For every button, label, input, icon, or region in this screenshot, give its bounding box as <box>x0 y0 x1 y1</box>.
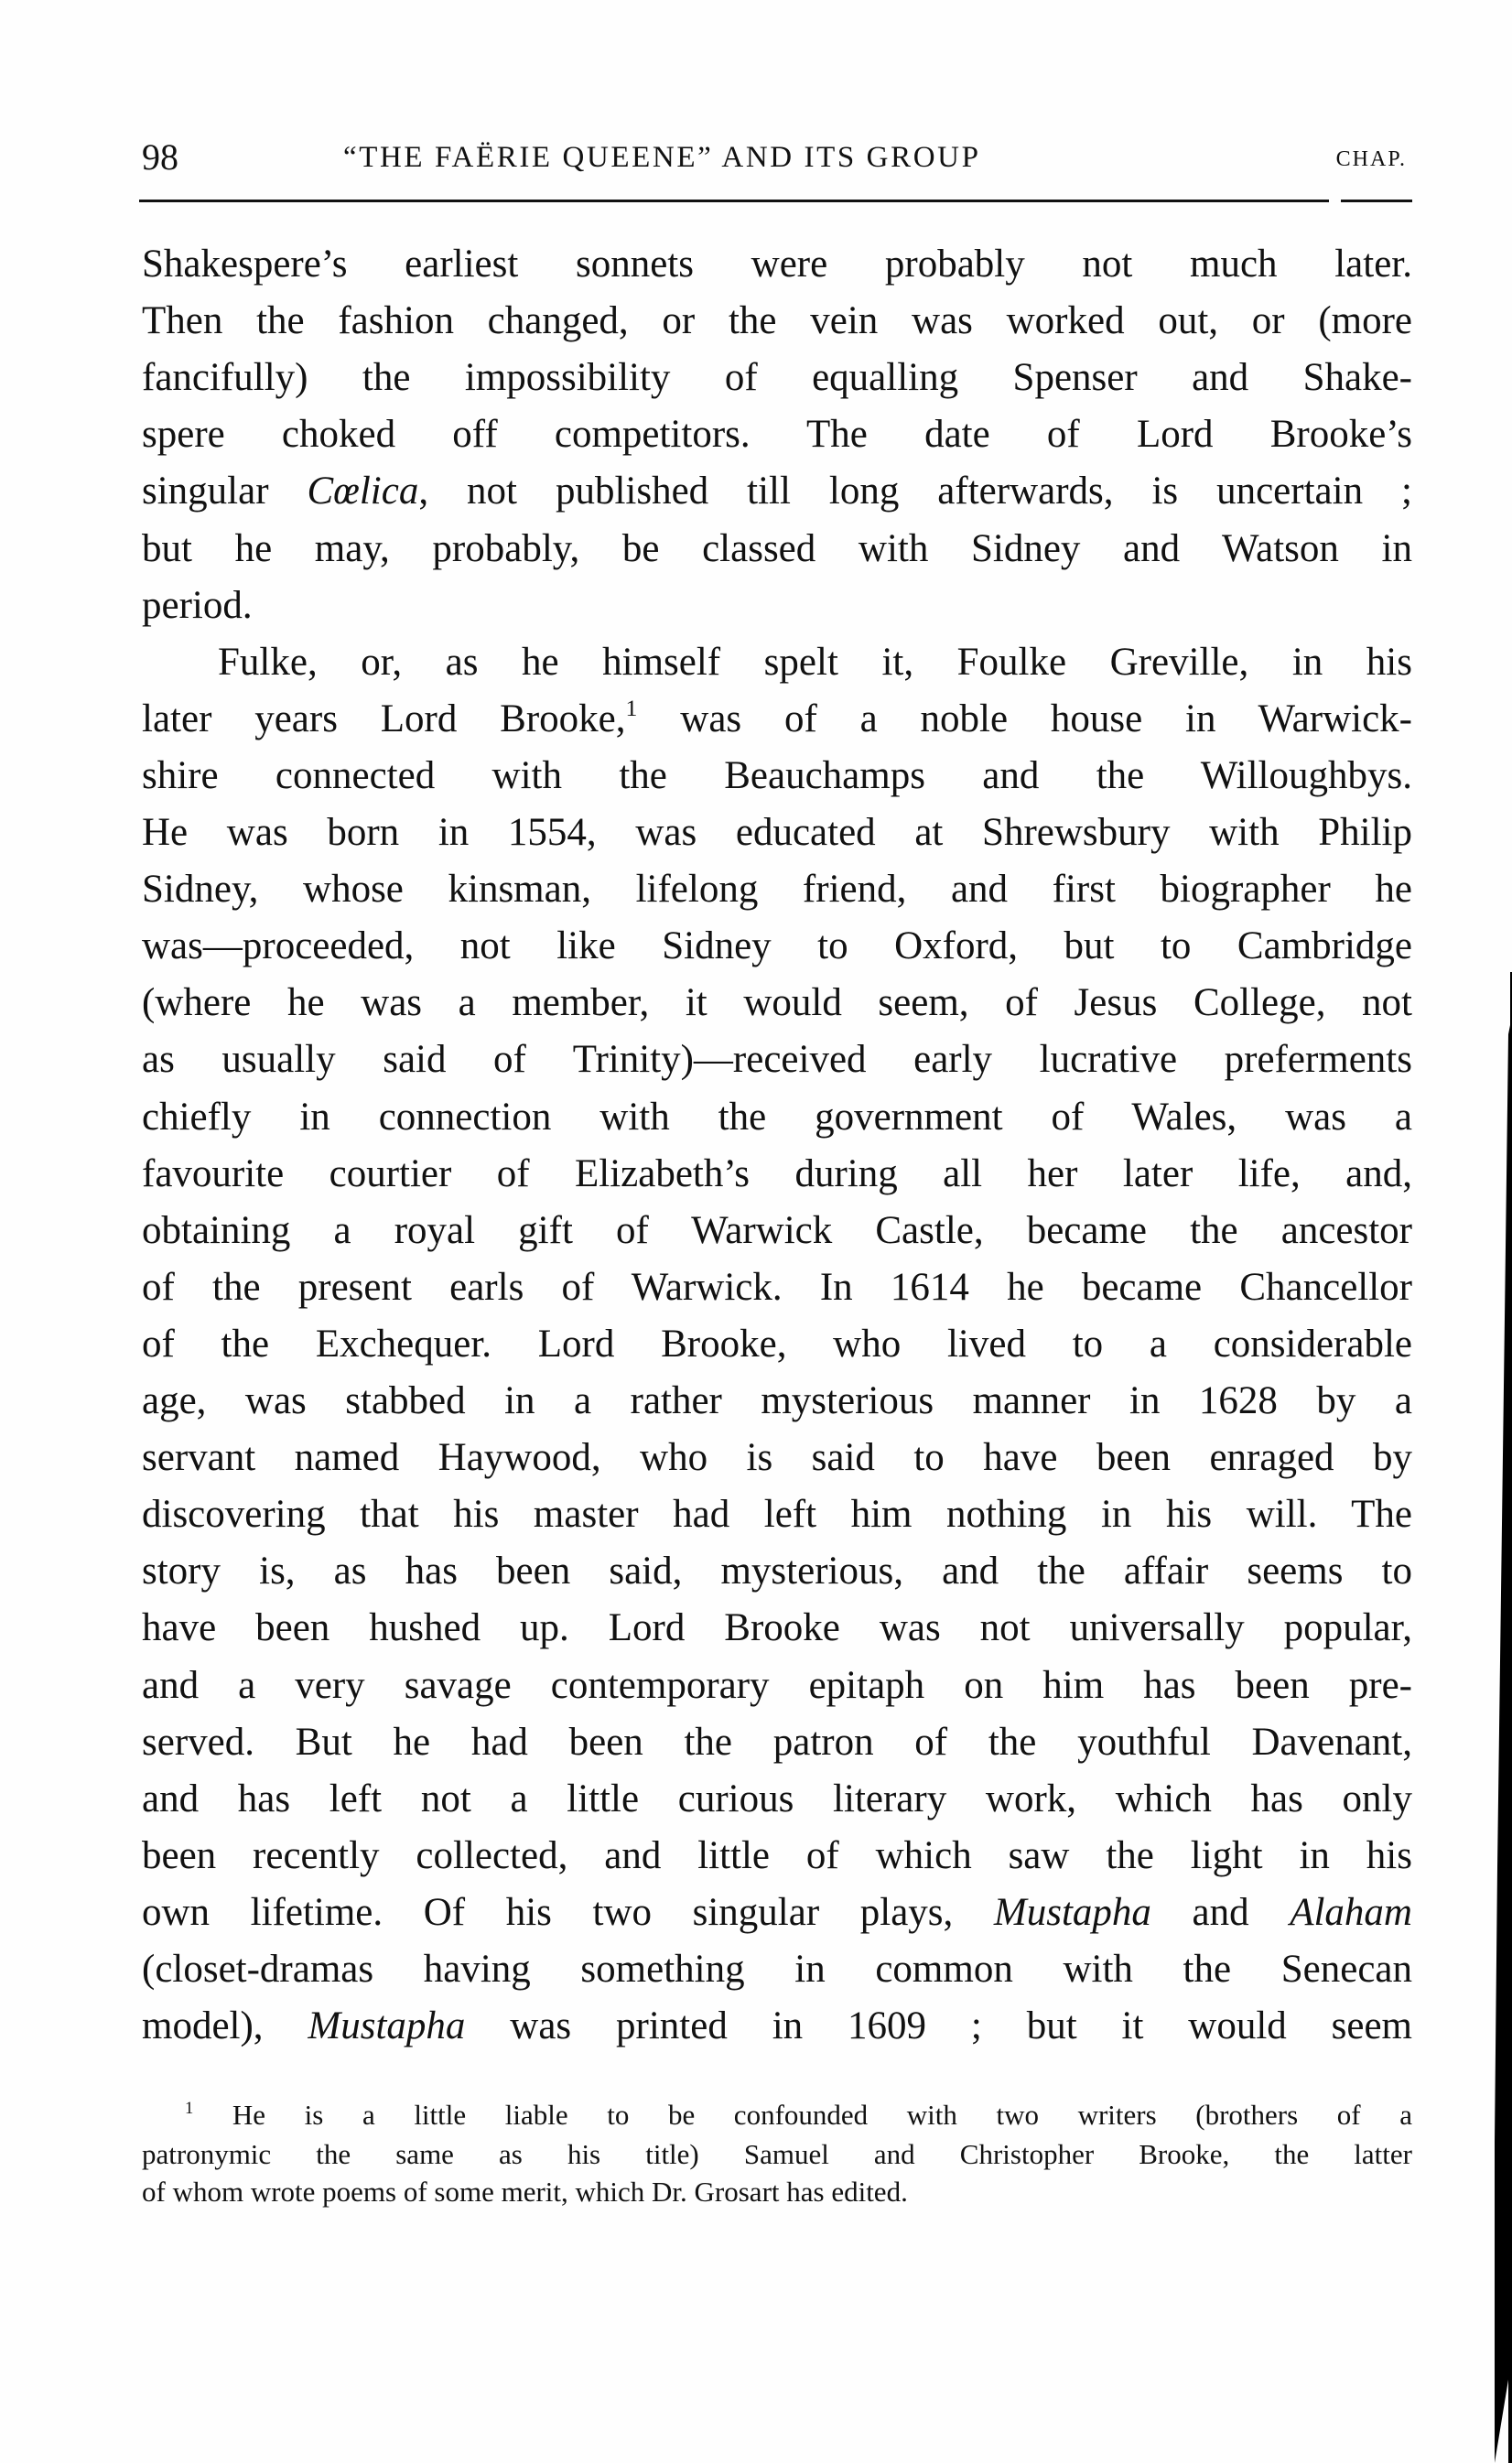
text-line: age, was stabbed in a rather mysterious … <box>142 1373 1412 1430</box>
page-number: 98 <box>142 135 178 179</box>
footnote-line: of whom wrote poems of some merit, which… <box>142 2173 1412 2211</box>
text-line: own lifetime. Of his two singular plays,… <box>142 1885 1412 1941</box>
text-line: Shakespere’s earliest sonnets were proba… <box>142 236 1412 293</box>
text-line: but he may, probably, be classed with Si… <box>142 521 1412 578</box>
text-line: favourite courtier of Elizabeth’s during… <box>142 1146 1412 1203</box>
scan-edge-shadow <box>1483 952 1512 2463</box>
text-line: obtaining a royal gift of Warwick Castle… <box>142 1203 1412 1259</box>
text-line: Fulke, or, as he himself spelt it, Foulk… <box>218 634 1412 691</box>
chapter-label: CHAP. <box>1336 139 1407 179</box>
text-line: model), Mustapha was printed in 1609 ; b… <box>142 1998 1412 2055</box>
text-line: (closet-dramas having something in commo… <box>142 1941 1412 1998</box>
text-line: and has left not a little curious litera… <box>142 1771 1412 1828</box>
header-rule-end <box>1341 200 1412 202</box>
text-line: have been hushed up. Lord Brooke was not… <box>142 1600 1412 1657</box>
text-line: Then the fashion changed, or the vein wa… <box>142 293 1412 350</box>
header-rule <box>139 200 1329 202</box>
footnote-line: 1 He is a little liable to be confounded… <box>185 2096 1412 2134</box>
text-line: discovering that his master had left him… <box>142 1486 1412 1543</box>
italic-title: Mustapha <box>308 2004 465 2047</box>
text-line: singular Cœlica, not published till long… <box>142 463 1412 520</box>
text-line: He was born in 1554, was educated at Shr… <box>142 805 1412 861</box>
footnote-line: patronymic the same as his title) Samuel… <box>142 2135 1412 2174</box>
text-line: been recently collected, and little of w… <box>142 1828 1412 1885</box>
text-line: period. <box>142 578 1412 634</box>
footnote-reference: 1 <box>626 695 638 721</box>
text-line: and a very savage contemporary epitaph o… <box>142 1658 1412 1714</box>
text-line: as usually said of Trinity)—received ear… <box>142 1032 1412 1088</box>
running-header: 98 “THE FAËRIE QUEENE” AND ITS GROUP CHA… <box>142 135 1412 179</box>
text-line: servant named Haywood, who is said to ha… <box>142 1430 1412 1486</box>
text-line: was—proceeded, not like Sidney to Oxford… <box>142 918 1412 975</box>
text-line: chiefly in connection with the governmen… <box>142 1089 1412 1146</box>
text-line: spere choked off competitors. The date o… <box>142 406 1412 463</box>
text-line: (where he was a member, it would seem, o… <box>142 975 1412 1032</box>
footnote-marker: 1 <box>185 2099 193 2118</box>
italic-title: Mustapha <box>994 1891 1151 1934</box>
text-line: story is, as has been said, mysterious, … <box>142 1543 1412 1600</box>
text-line: Sidney, whose kinsman, lifelong friend, … <box>142 861 1412 918</box>
text-line: shire connected with the Beauchamps and … <box>142 748 1412 805</box>
italic-title: Cœlica <box>308 470 419 513</box>
text-line: fancifully) the impossibility of equalli… <box>142 350 1412 406</box>
text-line: later years Lord Brooke,1 was of a noble… <box>142 691 1412 748</box>
text-line: of the Exchequer. Lord Brooke, who lived… <box>142 1316 1412 1373</box>
italic-title: Alaham <box>1290 1891 1412 1934</box>
text-line: of the present earls of Warwick. In 1614… <box>142 1259 1412 1316</box>
scanned-book-page: 98 “THE FAËRIE QUEENE” AND ITS GROUP CHA… <box>0 0 1512 2463</box>
running-title: “THE FAËRIE QUEENE” AND ITS GROUP <box>343 135 1215 179</box>
text-line: served. But he had been the patron of th… <box>142 1714 1412 1771</box>
